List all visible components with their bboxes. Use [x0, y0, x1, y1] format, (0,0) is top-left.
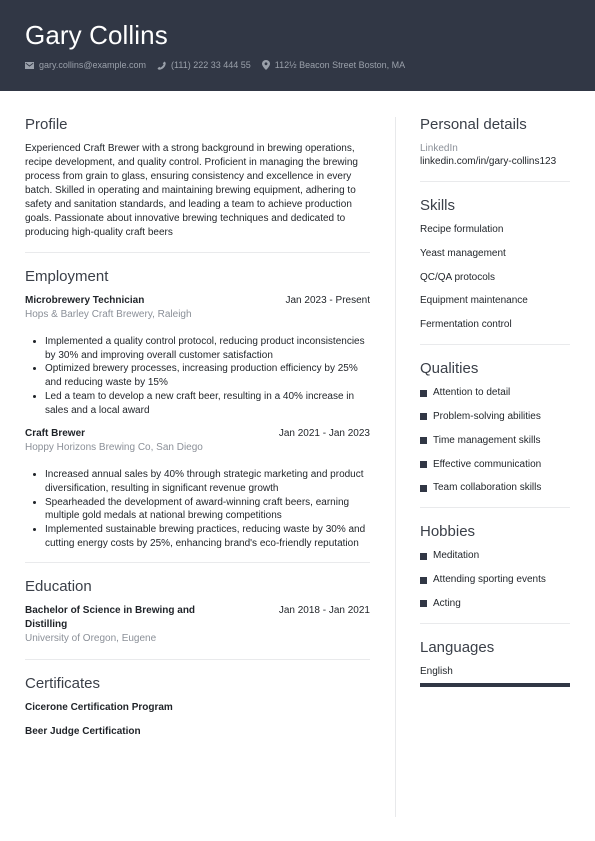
- quality-label: Time management skills: [433, 434, 540, 448]
- quality-item: Problem-solving abilities: [420, 410, 570, 424]
- resume-header: Gary Collins gary.collins@example.com (1…: [0, 0, 595, 91]
- job-entry: Microbrewery Technician Jan 2023 - Prese…: [25, 294, 370, 417]
- linkedin-label: LinkedIn: [420, 142, 570, 155]
- square-bullet-icon: [420, 413, 427, 420]
- job-achievements: Implemented a quality control protocol, …: [45, 335, 370, 417]
- square-bullet-icon: [420, 461, 427, 468]
- skill-item: Recipe formulation: [420, 223, 570, 237]
- contact-info: gary.collins@example.com (111) 222 33 44…: [25, 60, 416, 70]
- hobby-label: Meditation: [433, 549, 479, 563]
- job-entry: Craft Brewer Jan 2021 - Jan 2023 Hoppy H…: [25, 427, 370, 550]
- section-title-hobbies: Hobbies: [420, 523, 570, 540]
- phone-icon: [157, 61, 166, 70]
- map-marker-icon: [262, 60, 270, 70]
- section-title-certificates: Certificates: [25, 675, 370, 692]
- sidebar-column: Personal details LinkedIn linkedin.com/i…: [420, 116, 570, 687]
- skill-item: Equipment maintenance: [420, 294, 570, 308]
- section-divider: [420, 181, 570, 182]
- quality-item: Team collaboration skills: [420, 481, 570, 495]
- quality-label: Problem-solving abilities: [433, 410, 541, 424]
- qualities-section: Qualities Attention to detail Problem-so…: [420, 360, 570, 495]
- section-divider: [25, 252, 370, 253]
- job-company: Hops & Barley Craft Brewery, Raleigh: [25, 308, 370, 322]
- certificate-item: Beer Judge Certification: [25, 725, 370, 739]
- certificates-section: Certificates Cicerone Certification Prog…: [25, 675, 370, 739]
- achievement-item: Implemented sustainable brewing practice…: [45, 523, 370, 550]
- section-divider: [420, 344, 570, 345]
- hobby-item: Meditation: [420, 549, 570, 563]
- contact-email: gary.collins@example.com: [25, 60, 146, 70]
- candidate-name: Gary Collins: [25, 20, 168, 51]
- hobby-label: Attending sporting events: [433, 573, 546, 587]
- education-section: Education Bachelor of Science in Brewing…: [25, 578, 370, 646]
- job-achievements: Increased annual sales by 40% through st…: [45, 468, 370, 550]
- skill-item: Fermentation control: [420, 318, 570, 332]
- job-dates: Jan 2021 - Jan 2023: [279, 427, 370, 441]
- profile-summary: Experienced Craft Brewer with a strong b…: [25, 142, 370, 240]
- education-dates: Jan 2018 - Jan 2021: [279, 604, 370, 632]
- skills-section: Skills Recipe formulation Yeast manageme…: [420, 197, 570, 332]
- section-title-languages: Languages: [420, 639, 570, 656]
- employment-section: Employment Microbrewery Technician Jan 2…: [25, 268, 370, 550]
- quality-label: Team collaboration skills: [433, 481, 541, 495]
- quality-item: Time management skills: [420, 434, 570, 448]
- school-name: University of Oregon, Eugene: [25, 632, 370, 646]
- section-title-education: Education: [25, 578, 370, 595]
- square-bullet-icon: [420, 485, 427, 492]
- phone-text[interactable]: (111) 222 33 444 55: [171, 60, 251, 70]
- section-divider: [420, 623, 570, 624]
- job-title: Craft Brewer: [25, 427, 85, 441]
- square-bullet-icon: [420, 553, 427, 560]
- quality-label: Attention to detail: [433, 386, 510, 400]
- languages-section: Languages English: [420, 639, 570, 687]
- square-bullet-icon: [420, 390, 427, 397]
- section-title-qualities: Qualities: [420, 360, 570, 377]
- section-title-employment: Employment: [25, 268, 370, 285]
- job-title: Microbrewery Technician: [25, 294, 144, 308]
- email-text[interactable]: gary.collins@example.com: [39, 60, 146, 70]
- address-text: 112½ Beacon Street Boston, MA: [275, 60, 405, 70]
- language-level-fill: [420, 683, 570, 687]
- quality-item: Effective communication: [420, 458, 570, 472]
- language-name: English: [420, 665, 570, 679]
- profile-section: Profile Experienced Craft Brewer with a …: [25, 116, 370, 240]
- achievement-item: Implemented a quality control protocol, …: [45, 335, 370, 362]
- quality-label: Effective communication: [433, 458, 541, 472]
- contact-address: 112½ Beacon Street Boston, MA: [262, 60, 405, 70]
- hobby-item: Attending sporting events: [420, 573, 570, 587]
- quality-item: Attention to detail: [420, 386, 570, 400]
- job-company: Hoppy Horizons Brewing Co, San Diego: [25, 441, 370, 455]
- achievement-item: Increased annual sales by 40% through st…: [45, 468, 370, 495]
- skill-item: Yeast management: [420, 247, 570, 261]
- section-title-profile: Profile: [25, 116, 370, 133]
- degree-title: Bachelor of Science in Brewing and Disti…: [25, 604, 215, 632]
- achievement-item: Optimized brewery processes, increasing …: [45, 362, 370, 389]
- square-bullet-icon: [420, 577, 427, 584]
- job-dates: Jan 2023 - Present: [286, 294, 371, 308]
- section-divider: [25, 562, 370, 563]
- education-entry: Bachelor of Science in Brewing and Disti…: [25, 604, 370, 646]
- square-bullet-icon: [420, 600, 427, 607]
- hobby-label: Acting: [433, 597, 461, 611]
- envelope-icon: [25, 62, 34, 69]
- skill-item: QC/QA protocols: [420, 271, 570, 285]
- personal-details-section: Personal details LinkedIn linkedin.com/i…: [420, 116, 570, 169]
- certificate-item: Cicerone Certification Program: [25, 701, 370, 715]
- achievement-item: Led a team to develop a new craft beer, …: [45, 390, 370, 417]
- linkedin-link[interactable]: linkedin.com/in/gary-collins123: [420, 155, 570, 169]
- section-divider: [420, 507, 570, 508]
- main-column: Profile Experienced Craft Brewer with a …: [25, 116, 370, 739]
- section-title-personal-details: Personal details: [420, 116, 570, 133]
- achievement-item: Spearheaded the development of award-win…: [45, 496, 370, 523]
- contact-phone: (111) 222 33 444 55: [157, 60, 251, 70]
- hobbies-section: Hobbies Meditation Attending sporting ev…: [420, 523, 570, 611]
- language-level-bar: [420, 683, 570, 687]
- section-divider: [25, 659, 370, 660]
- column-divider: [395, 117, 396, 817]
- section-title-skills: Skills: [420, 197, 570, 214]
- square-bullet-icon: [420, 437, 427, 444]
- hobby-item: Acting: [420, 597, 570, 611]
